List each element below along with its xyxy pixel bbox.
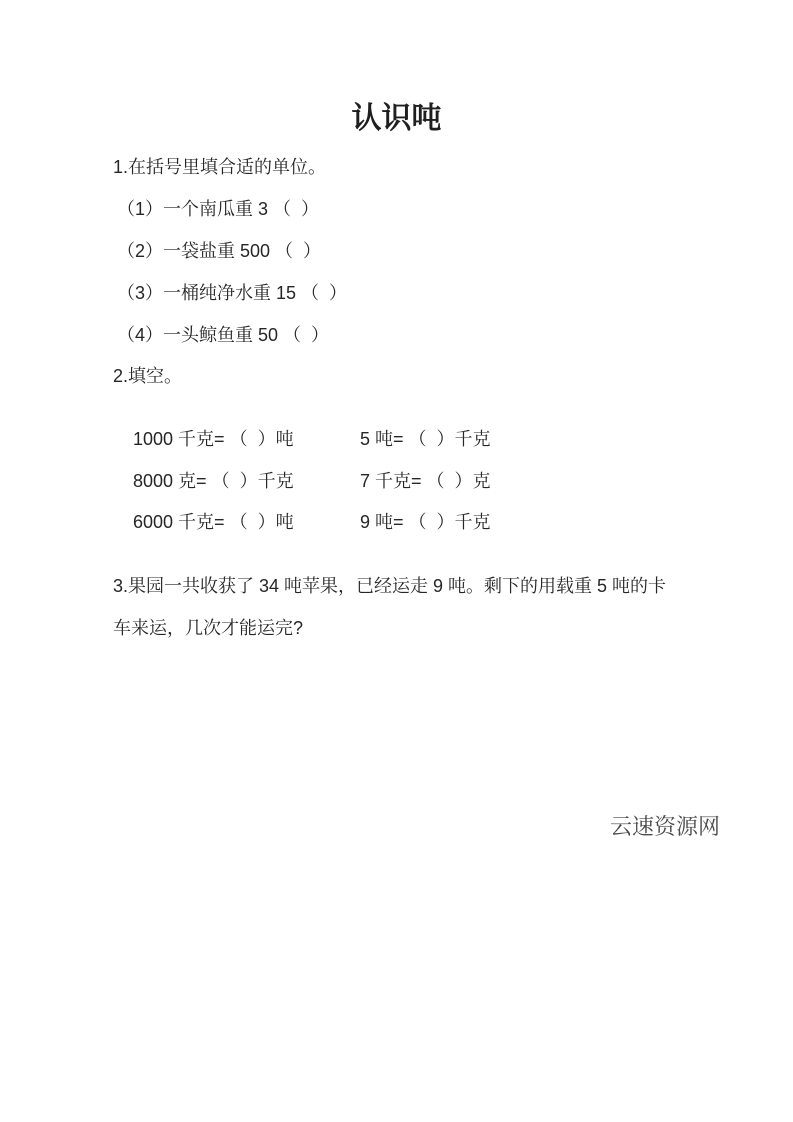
question2-row-3: 6000 千克= （ ）吨9 吨= （ ）千克 (113, 489, 491, 555)
worksheet-page: 认识吨 1.在括号里填合适的单位。 （1）一个南瓜重 3 （ ） （2）一袋盐重… (0, 0, 793, 1122)
site-watermark: 云速资源网 (610, 813, 720, 841)
question1-heading: 1.在括号里填合适的单位。 (113, 156, 326, 178)
question1-item-2: （2）一袋盐重 500 （ ） (117, 240, 321, 262)
fill-blank-cell: 5 吨= （ ）千克 (360, 429, 491, 449)
question1-item-1: （1）一个南瓜重 3 （ ） (117, 198, 319, 220)
question1-item-4: （4）一头鲸鱼重 50 （ ） (117, 324, 329, 346)
question3-line-1: 3.果园一共收获了 34 吨苹果，已经运走 9 吨。剩下的用载重 5 吨的卡 (113, 575, 666, 597)
fill-blank-cell: 6000 千克= （ ）吨 (133, 511, 360, 533)
fill-blank-cell: 1000 千克= （ ）吨 (133, 428, 360, 450)
fill-blank-cell: 7 千克= （ ）克 (360, 471, 491, 491)
fill-blank-cell: 9 吨= （ ）千克 (360, 512, 491, 532)
question3-line-2: 车来运，几次才能运完? (113, 617, 303, 639)
question2-heading: 2.填空。 (113, 365, 182, 387)
page-title: 认识吨 (0, 100, 793, 138)
question1-item-3: （3）一桶纯净水重 15 （ ） (117, 282, 347, 304)
